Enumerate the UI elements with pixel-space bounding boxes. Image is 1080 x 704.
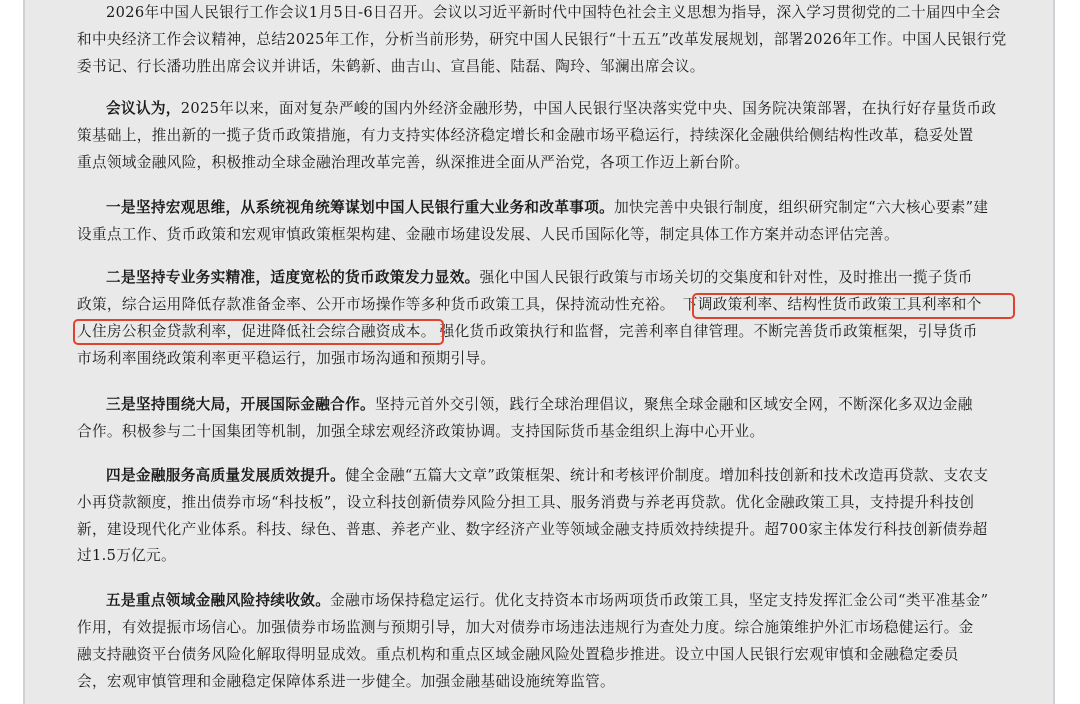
text-span: 强化中国人民银行政策与市场关切的交集度和针对性，及时推出一揽子货币 (480, 269, 973, 286)
text-span: 坚持元首外交引领，践行全球治理倡议，聚焦全球金融和区域安全网，不断深化多双边金融 (375, 396, 973, 413)
text-line: 新，建设现代化产业体系。科技、绿色、普惠、养老产业、数字经济产业等领域金融支持质… (77, 520, 988, 540)
bold-lead: 三是坚持围绕大局，开展国际金融合作。 (106, 396, 375, 413)
text-line: 二是坚持专业务实精准，适度宽松的货币政策发力显效。强化中国人民银行政策与市场关切… (106, 268, 973, 288)
text-span: 健全金融“五篇大文章”政策框架、统计和考核评价制度。增加科技创新和技术改造再贷款… (345, 467, 988, 484)
text-line: 策基础上，推出新的一揽子货币政策措施，有力支持实体经济稳定增长和金融市场平稳运行… (77, 126, 974, 146)
text-line: 四是金融服务高质量发展质效提升。健全金融“五篇大文章”政策框架、统计和考核评价制… (106, 466, 988, 486)
text-line: 一是坚持宏观思维，从系统视角统筹谋划中国人民银行重大业务和改革事项。加快完善中央… (106, 198, 988, 218)
text-line: 设重点工作、货币政策和宏观审慎政策框架构建、金融市场建设发展、人民币国际化等，制… (77, 225, 899, 245)
bold-lead: 二是坚持专业务实精准，适度宽松的货币政策发力显效。 (106, 269, 480, 286)
text-line: 作用，有效提振市场信心。加强债券市场监测与预期引导，加大对债券市场违法违规行为查… (77, 618, 974, 638)
text-span: 强化货币政策执行和监督，完善利率自律管理。不断完善货币政策框架，引导货币 (440, 323, 978, 340)
text-span: 政策，综合运用降低存款准备金率、公开市场操作等多种货币政策工具，保持流动性充裕。 (77, 296, 675, 313)
text-span: 加快完善中央银行制度，组织研究制定“六大核心要素”建 (614, 199, 988, 216)
text-line: 重点领域金融风险，积极推动全球金融治理改革完善，纵深推进全面从严治党，各项工作迈… (77, 153, 749, 173)
bold-lead: 五是重点领域金融风险持续收敛。 (106, 592, 330, 609)
text-line: 小再贷款额度，推出债券市场“科技板”，设立科技创新债券风险分担工具、服务消费与养… (77, 493, 974, 513)
text-line: 三是坚持围绕大局，开展国际金融合作。坚持元首外交引领，践行全球治理倡议，聚焦全球… (106, 395, 973, 415)
text-line: 委书记、行长潘功胜出席会议并讲话，朱鹤新、曲吉山、宣昌能、陆磊、陶玲、邹澜出席会… (77, 57, 705, 77)
text-line: 2026年中国人民银行工作会议1月5日-6日召开。会议以习近平新时代中国特色社会… (106, 3, 1001, 23)
text-line: 融支持融资平台债务风险化解取得明显成效。重点机构和重点区域金融风险处置稳步推进。… (77, 645, 959, 665)
highlight-box (692, 293, 1015, 319)
text-line: 和中央经济工作会议精神，总结2025年工作，分析当前形势，研究中国人民银行“十五… (77, 30, 1007, 50)
text-line: 过1.5万亿元。 (77, 546, 176, 566)
highlight-box (73, 319, 444, 345)
bold-lead: 一是坚持宏观思维，从系统视角统筹谋划中国人民银行重大业务和改革事项。 (106, 199, 614, 216)
text-line: 会，宏观审慎管理和金融稳定保障体系进一步健全。加强金融基础设施统筹监管。 (77, 672, 615, 692)
bold-lead: 会议认为， (106, 100, 181, 117)
text-span: 金融市场保持稳定运行。优化支持资本市场两项货币政策工具，坚定支持发挥汇金公司“类… (330, 592, 988, 609)
text-line: 会议认为，2025年以来，面对复杂严峻的国内外经济金融形势，中国人民银行坚决落实… (106, 99, 996, 119)
text-line: 五是重点领域金融风险持续收敛。金融市场保持稳定运行。优化支持资本市场两项货币政策… (106, 591, 988, 611)
text-span: 2025年以来，面对复杂严峻的国内外经济金融形势，中国人民银行坚决落实党中央、国… (181, 100, 997, 117)
text-line: 合作。积极参与二十国集团等机制，加强全球宏观经济政策协调。支持国际货币基金组织上… (77, 422, 764, 442)
text-line: 市场利率围绕政策利率更平稳运行，加强市场沟通和预期引导。 (77, 349, 495, 369)
bold-lead: 四是金融服务高质量发展质效提升。 (106, 467, 345, 484)
